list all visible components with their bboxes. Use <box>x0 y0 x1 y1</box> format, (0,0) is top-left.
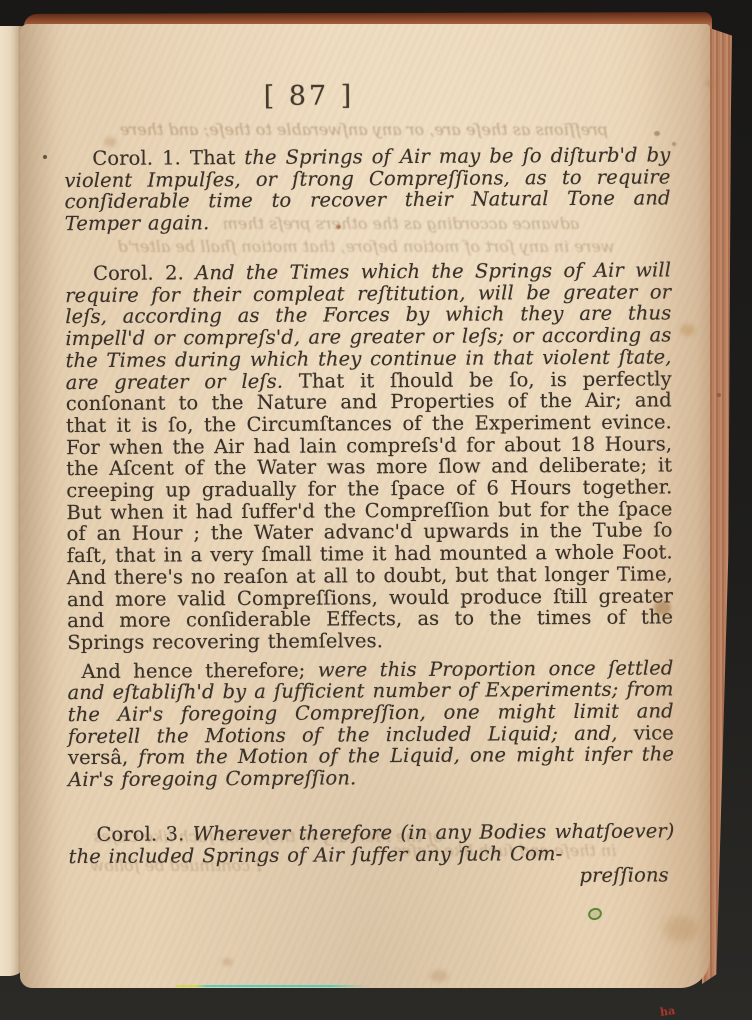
corollary-1-label: Corol. 1. <box>92 146 181 170</box>
paragraph-corollary-2: Corol. 2. And the Times which the Spring… <box>65 259 673 653</box>
corollary-3-label: Corol. 3. <box>96 822 184 846</box>
hence-italic-body-2: from the Motion of the Liquid, one might… <box>68 743 674 791</box>
text-flow: Corol. 2. And the Times which the Spring… <box>65 259 675 890</box>
corollary-2-label: Corol. 2. <box>93 261 184 285</box>
paragraph-corollary-3: Corol. 3. Wherever therefore (in any Bod… <box>68 820 674 867</box>
corollary-2-roman-body: That it ſhould be ſo, is perfectly conſo… <box>66 367 673 654</box>
red-edge-mark: ha <box>659 1004 676 1019</box>
page-number: [ 87 ] <box>64 79 554 113</box>
printed-text-block: [ 87 ] Corol. 1. That the Springs of Air… <box>20 20 716 988</box>
corollary-1-lead: That <box>190 146 236 169</box>
paragraph-hence-therefore: And hence therefore; were this Proportio… <box>67 657 674 791</box>
book-photo: preſſions as theſe are, or any anſwerabl… <box>0 0 752 1020</box>
hence-lead: And hence therefore; <box>81 658 305 682</box>
catchword: preſſions <box>69 865 675 890</box>
paragraph-corollary-1: Corol. 1. That the Springs of Air may be… <box>64 144 671 235</box>
page-paper: preſſions as theſe are, or any anſwerabl… <box>20 24 710 988</box>
